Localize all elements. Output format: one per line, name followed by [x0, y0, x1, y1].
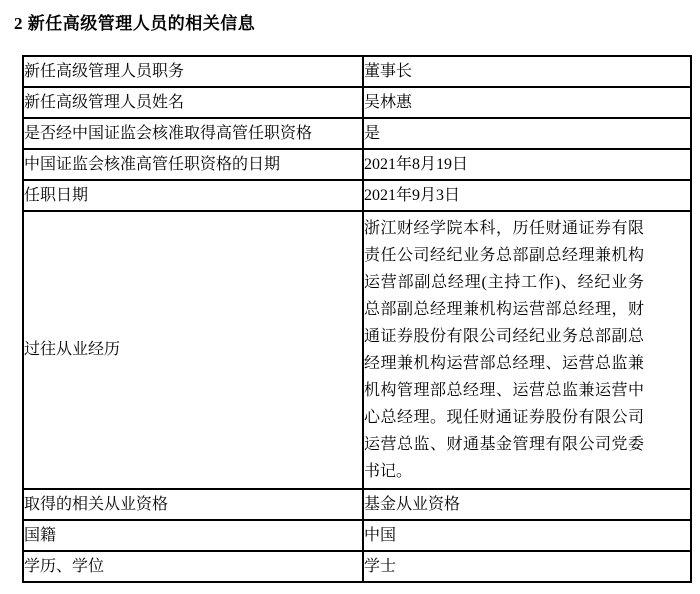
- row-label: 任职日期: [23, 180, 363, 211]
- management-info-table: 新任高级管理人员职务董事长新任高级管理人员姓名吴林惠是否经中国证监会核准取得高管…: [22, 55, 692, 583]
- row-label: 新任高级管理人员姓名: [23, 87, 363, 118]
- table-row: 新任高级管理人员职务董事长: [23, 56, 691, 87]
- table-row: 国籍中国: [23, 520, 691, 551]
- row-label: 新任高级管理人员职务: [23, 56, 363, 87]
- table-row: 学历、学位学士: [23, 551, 691, 582]
- table-row: 取得的相关从业资格基金从业资格: [23, 489, 691, 520]
- table-row: 中国证监会核准高管任职资格的日期2021年8月19日: [23, 149, 691, 180]
- row-value: 中国: [363, 520, 691, 551]
- row-value: 吴林惠: [363, 87, 691, 118]
- table-row: 过往从业经历浙江财经学院本科，历任财通证券有限责任公司经纪业务总部副总经理兼机构…: [23, 211, 691, 489]
- info-table-body: 新任高级管理人员职务董事长新任高级管理人员姓名吴林惠是否经中国证监会核准取得高管…: [23, 56, 691, 582]
- table-row: 新任高级管理人员姓名吴林惠: [23, 87, 691, 118]
- row-label: 中国证监会核准高管任职资格的日期: [23, 149, 363, 180]
- document-page: 2 新任高级管理人员的相关信息 新任高级管理人员职务董事长新任高级管理人员姓名吴…: [0, 0, 700, 594]
- section-title: 2 新任高级管理人员的相关信息: [0, 0, 700, 34]
- row-value: 浙江财经学院本科，历任财通证券有限责任公司经纪业务总部副总经理兼机构运营部副总经…: [363, 211, 691, 489]
- row-value: 是: [363, 118, 691, 149]
- row-value: 2021年9月3日: [363, 180, 691, 211]
- row-label: 取得的相关从业资格: [23, 489, 363, 520]
- row-label: 过往从业经历: [23, 211, 363, 489]
- row-value: 董事长: [363, 56, 691, 87]
- table-row: 是否经中国证监会核准取得高管任职资格是: [23, 118, 691, 149]
- row-label: 国籍: [23, 520, 363, 551]
- row-label: 学历、学位: [23, 551, 363, 582]
- row-value: 2021年8月19日: [363, 149, 691, 180]
- row-value: 基金从业资格: [363, 489, 691, 520]
- table-row: 任职日期2021年9月3日: [23, 180, 691, 211]
- career-history-text: 浙江财经学院本科，历任财通证券有限责任公司经纪业务总部副总经理兼机构运营部副总经…: [364, 215, 644, 485]
- row-value: 学士: [363, 551, 691, 582]
- row-label: 是否经中国证监会核准取得高管任职资格: [23, 118, 363, 149]
